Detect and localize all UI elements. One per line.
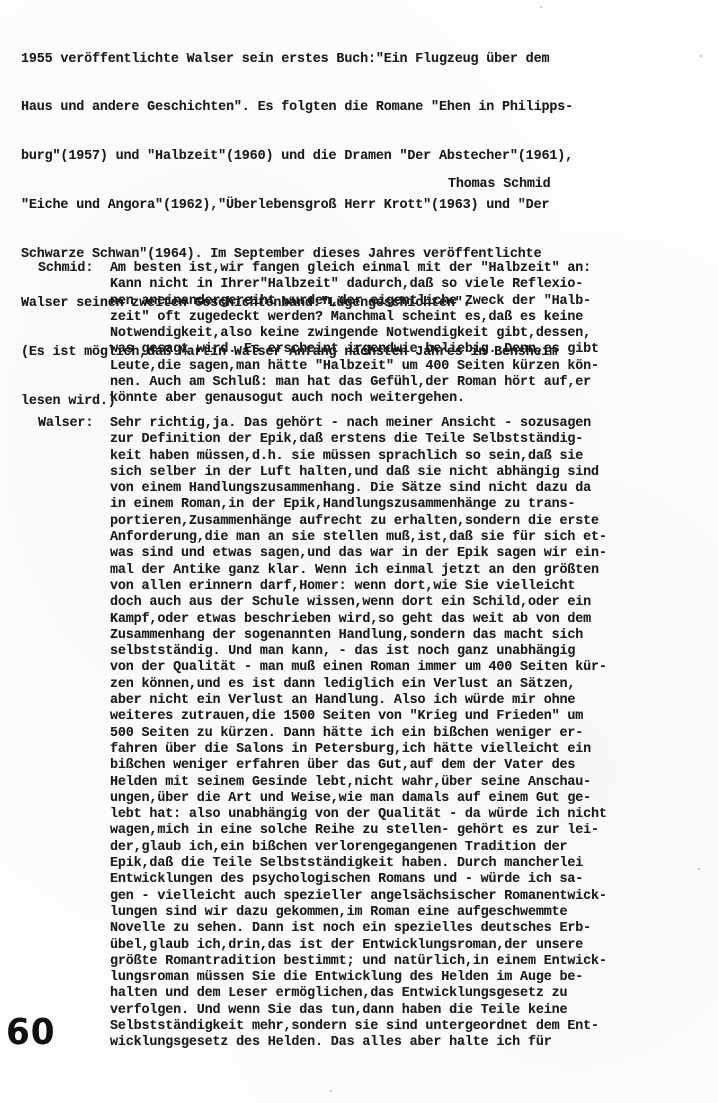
- text-line: 500 Seiten zu kürzen. Dann hätte ich ein…: [110, 726, 607, 742]
- intro-line: burg"(1957) und "Halbzeit"(1960) und die…: [21, 149, 573, 165]
- scan-speck: [540, 6, 542, 8]
- text-line: zur Definition der Epik,daß erstens die …: [110, 432, 607, 448]
- text-line: Anforderung,die man an sie stellen muß,i…: [110, 530, 607, 546]
- text-line: Am besten ist,wir fangen gleich einmal m…: [110, 261, 599, 277]
- text-line: in einem Roman,in der Epik,Handlungszusa…: [110, 497, 607, 513]
- text-line: selbstständig. Und man kann, - das ist n…: [110, 644, 607, 660]
- text-line: nen. Auch am Schluß: man hat das Gefühl,…: [110, 375, 599, 391]
- text-line: könnte aber genausogut auch noch weiterg…: [110, 391, 599, 407]
- text-line: was gesagt wird. Es erscheint irgendwie …: [110, 342, 599, 358]
- text-line: weiteres zutrauen,die 1500 Seiten von "K…: [110, 709, 607, 725]
- text-line: Leute,die sagen,man hätte "Halbzeit" um …: [110, 359, 599, 375]
- intro-line: 1955 veröffentlichte Walser sein erstes …: [21, 52, 573, 68]
- text-line: größte Romantradition bestimmt; und natü…: [110, 954, 607, 970]
- text-line: portieren,Zusammenhänge aufrecht zu erha…: [110, 514, 607, 530]
- text-line: von einem Handlungszusammenhang. Die Sät…: [110, 481, 607, 497]
- text-line: sich selber in der Luft halten,und daß s…: [110, 465, 607, 481]
- text-line: von allen erinnern darf,Homer: wenn dort…: [110, 579, 607, 595]
- speaker-text: Am besten ist,wir fangen gleich einmal m…: [110, 261, 599, 408]
- text-line: nen aneinandergereiht wurden,der eigentl…: [110, 294, 599, 310]
- text-line: übel,glaub ich,drin,das ist der Entwickl…: [110, 938, 607, 954]
- text-line: von der Qualität - man muß einen Roman i…: [110, 660, 607, 676]
- text-line: was sind und etwas sagen,und das war in …: [110, 546, 607, 562]
- text-line: mal der Antike ganz klar. Wenn ich einma…: [110, 563, 607, 579]
- text-line: Epik,daß die Teile Selbstständigkeit hab…: [110, 856, 607, 872]
- scan-speck: [700, 55, 702, 57]
- text-line: der,glaub ich,ein bißchen verlorengegang…: [110, 840, 607, 856]
- text-line: Novelle zu sehen. Dann ist noch ein spez…: [110, 921, 607, 937]
- text-line: wagen,mich in eine solche Reihe zu stell…: [110, 823, 607, 839]
- text-line: Kampf,oder etwas beschrieben wird,so geh…: [110, 612, 607, 628]
- text-line: verfolgen. Und wenn Sie das tun,dann hab…: [110, 1003, 607, 1019]
- intro-line: "Eiche und Angora"(1962),"Überlebensgroß…: [21, 198, 573, 214]
- scanned-page: 1955 veröffentlichte Walser sein erstes …: [0, 0, 718, 1103]
- text-line: Helden mit seinem Gesinde lebt,nicht wah…: [110, 775, 607, 791]
- text-line: keit haben müssen,d.h. sie müssen sprach…: [110, 449, 607, 465]
- text-line: Sehr richtig,ja. Das gehört - nach meine…: [110, 416, 607, 432]
- text-line: fahren über die Salons in Petersburg,ich…: [110, 742, 607, 758]
- text-line: Selbstständigkeit mehr,sondern sie sind …: [110, 1019, 607, 1035]
- text-line: zeit" oft zugedeckt werden? Manchmal sch…: [110, 310, 599, 326]
- speaker-text: Sehr richtig,ja. Das gehört - nach meine…: [110, 416, 607, 1052]
- text-line: aber nicht ein Verlust an Handlung. Also…: [110, 693, 607, 709]
- text-line: gen - vielleicht auch spezieller angelsä…: [110, 889, 607, 905]
- author-signature: Thomas Schmid: [448, 177, 551, 193]
- text-line: lebt hat: also unabhängig von der Qualit…: [110, 807, 607, 823]
- text-line: Zusammenhang der sogenannten Handlung,so…: [110, 628, 607, 644]
- intro-line: Haus und andere Geschichten". Es folgten…: [21, 100, 573, 116]
- scan-speck: [330, 1090, 332, 1092]
- text-line: Kann nicht in Ihrer"Halbzeit" dadurch,da…: [110, 277, 599, 293]
- text-line: Notwendigkeit,also keine zwingende Notwe…: [110, 326, 599, 342]
- speaker-label: Schmid:: [38, 261, 93, 277]
- text-line: zen können,und es ist dann lediglich ein…: [110, 677, 607, 693]
- text-line: wicklungsgesetz des Helden. Das alles ab…: [110, 1035, 607, 1051]
- text-line: doch auch aus der Schule wissen,wenn dor…: [110, 595, 607, 611]
- text-line: bißchen weniger erfahren über das Gut,au…: [110, 758, 607, 774]
- scan-speck: [698, 868, 700, 870]
- text-line: halten und dem Leser ermöglichen,das Ent…: [110, 986, 607, 1002]
- text-line: lungsroman müssen Sie die Entwicklung de…: [110, 970, 607, 986]
- text-line: Entwicklungen des psychologischen Romans…: [110, 872, 607, 888]
- page-number: 60: [6, 1012, 56, 1053]
- text-line: lungen sind wir dazu gekommen,im Roman e…: [110, 905, 607, 921]
- speaker-label: Walser:: [38, 416, 93, 432]
- text-line: ungen,über die Art und Weise,wie man dam…: [110, 791, 607, 807]
